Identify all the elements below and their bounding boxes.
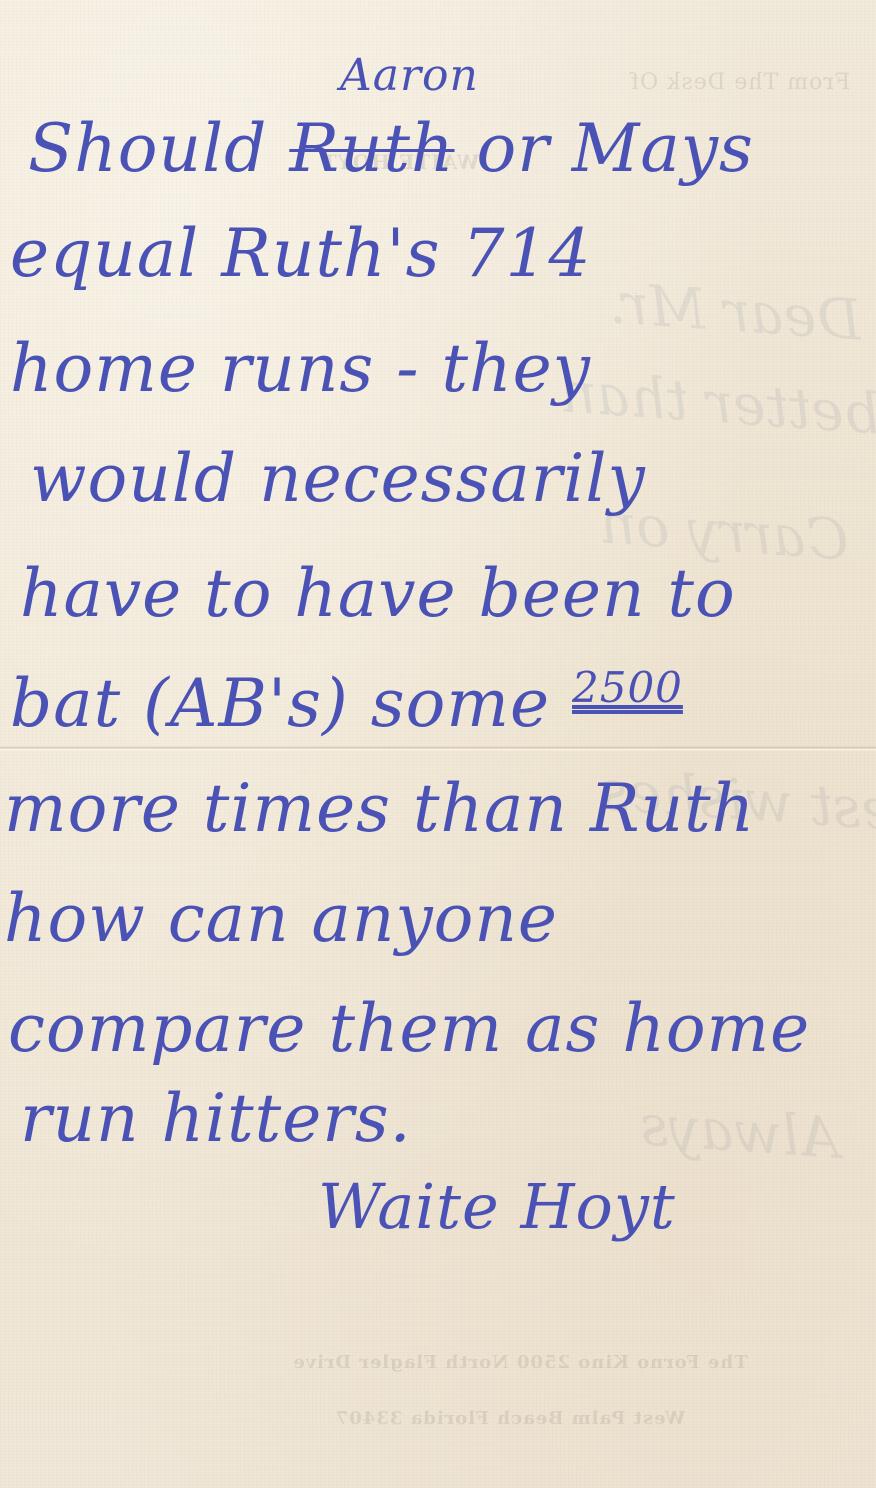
line-6-text: bat (AB's) some xyxy=(10,665,550,742)
line-1-before: Should xyxy=(28,110,289,187)
letter-line-6: bat (AB's) some 2500 xyxy=(10,665,683,742)
line-1-after: or Mays xyxy=(455,110,754,187)
ghost-text: Always xyxy=(638,1093,842,1172)
letter-line-1: Should Ruth or Mays xyxy=(28,110,754,187)
signature: Waite Hoyt xyxy=(318,1170,676,1243)
struck-word: Ruth xyxy=(289,110,454,187)
letter-line-9: compare them as home xyxy=(8,990,810,1067)
letter-line-5: have to have been to xyxy=(20,555,736,632)
letterhead-top-line-1: From The Desk Of xyxy=(600,70,876,95)
letter-line-10: run hitters. xyxy=(20,1080,412,1157)
letter-line-7: more times than Ruth xyxy=(4,770,755,847)
letter-line-2: equal Ruth's 714 xyxy=(10,215,591,292)
fold-crease xyxy=(0,746,876,751)
letterhead-bottom-line-2: West Palm Beach Florida 33407 xyxy=(260,1408,760,1429)
letter-page: From The Desk Of WAITE HOYT The Forno Ki… xyxy=(0,0,876,1488)
insertion-aaron: Aaron xyxy=(340,50,479,101)
ghost-text: Dear Mr. xyxy=(608,271,864,353)
letter-line-3: home runs - they xyxy=(10,330,591,407)
letter-line-8: how can anyone xyxy=(4,880,558,957)
at-bats-number: 2500 xyxy=(572,663,683,712)
letter-line-4: would necessarily xyxy=(30,440,646,517)
letterhead-bottom-line-1: The Forno Kino 2500 North Flagler Drive xyxy=(200,1352,840,1373)
